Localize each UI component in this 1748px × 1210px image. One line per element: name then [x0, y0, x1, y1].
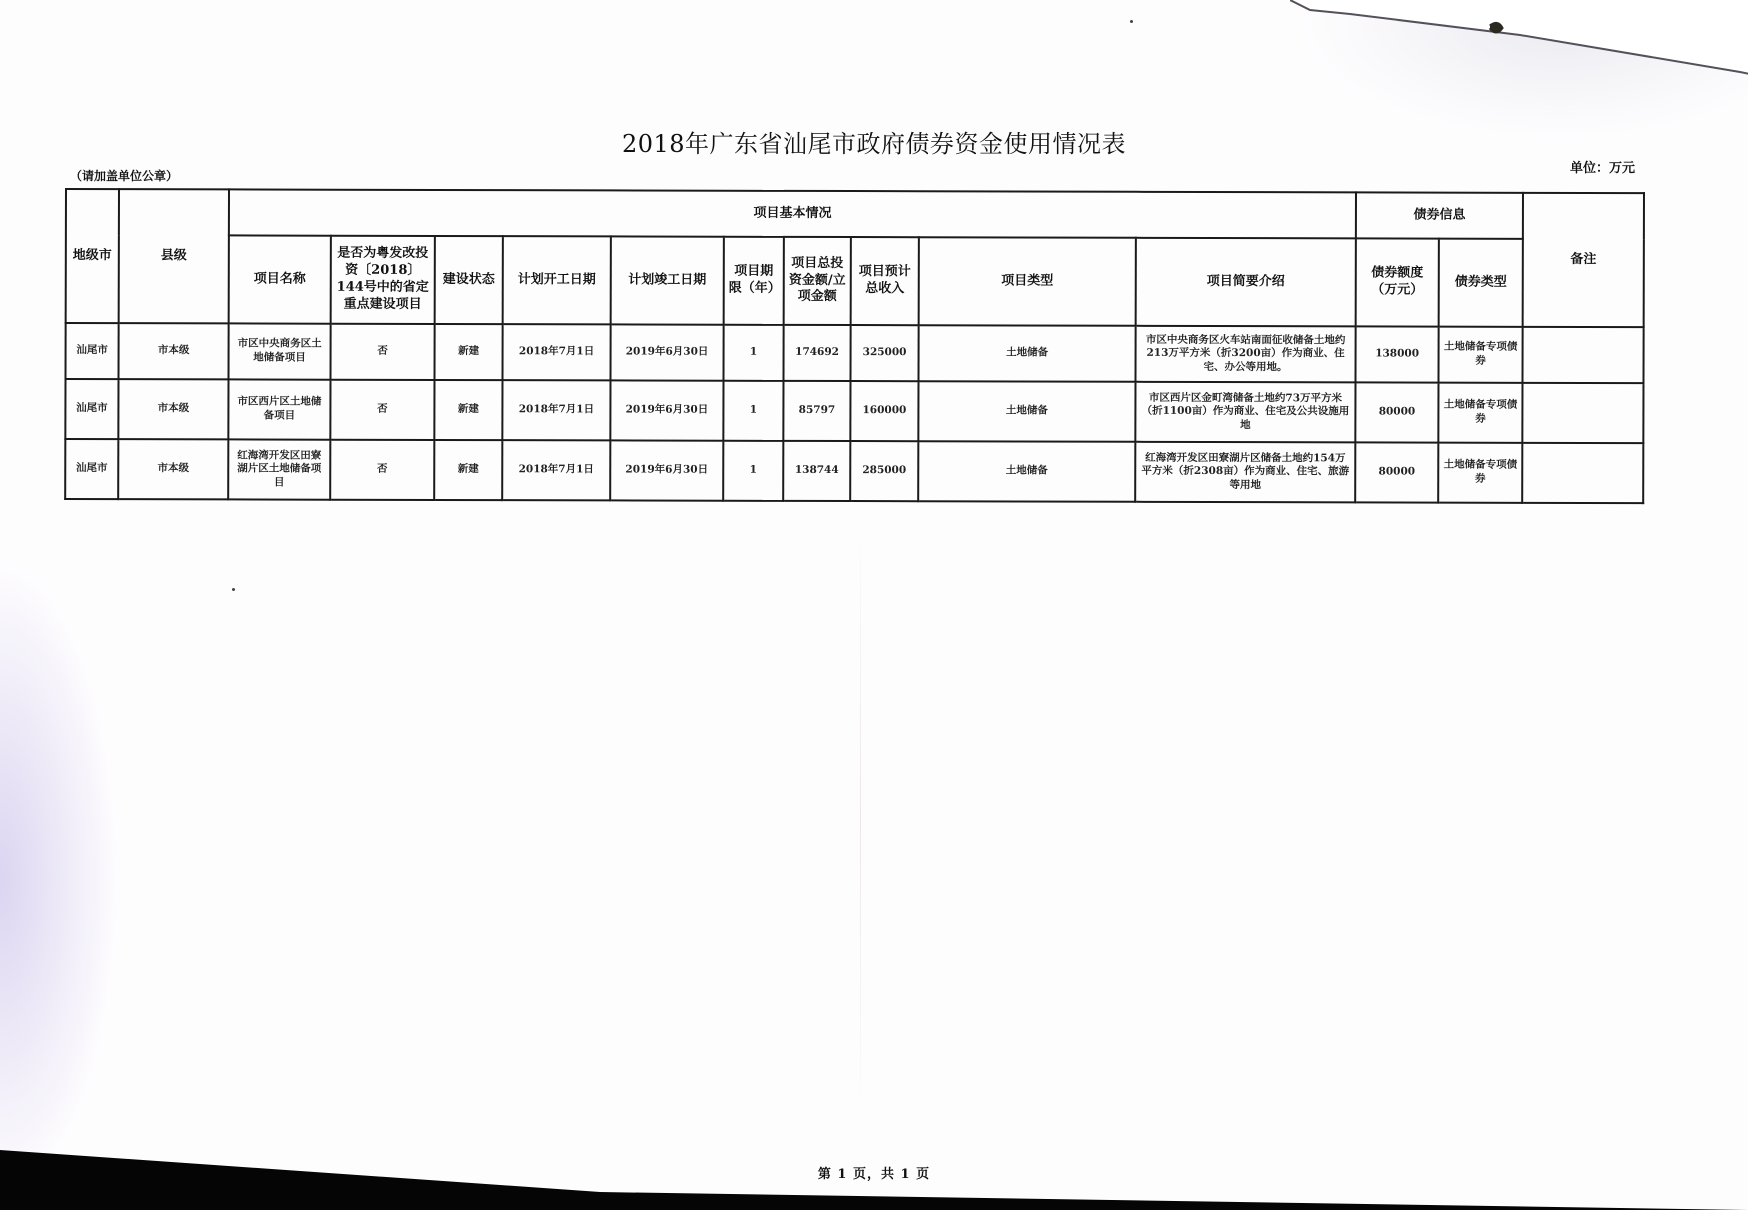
- cell-bond-amount: 80000: [1355, 442, 1438, 502]
- cell-expected-revenue: 325000: [850, 325, 918, 381]
- cell-bond-amount: 138000: [1356, 326, 1439, 382]
- cell-city: 汕尾市: [65, 379, 118, 439]
- paper-fold: [860, 500, 861, 1140]
- header-term: 项目期限（年）: [724, 237, 784, 325]
- bond-usage-table: 地级市 县级 项目基本情况 债券信息 备注 项目名称 是否为粤发改投资〔2018…: [64, 188, 1645, 504]
- cell-start-date: 2018年7月1日: [502, 440, 610, 500]
- cell-term: 1: [723, 441, 783, 501]
- table-row: 汕尾市 市本级 市区西片区土地储备项目 否 新建 2018年7月1日 2019年…: [65, 379, 1643, 443]
- cell-end-date: 2019年6月30日: [610, 380, 723, 440]
- cell-project-type: 土地储备: [918, 441, 1135, 502]
- header-start-date: 计划开工日期: [503, 236, 611, 324]
- header-total-investment: 项目总投资金额/立项金额: [784, 237, 851, 325]
- cell-term: 1: [723, 325, 783, 381]
- cell-bond-type: 土地储备专项债券: [1438, 383, 1522, 443]
- header-is-key-project: 是否为粤发改投资〔2018〕144号中的省定重点建设项目: [331, 236, 435, 324]
- unit-label: 单位：万元: [1570, 157, 1635, 176]
- cell-description: 市区中央商务区火车站南面征收储备土地约213万平方米（折3200亩）作为商业、住…: [1135, 326, 1355, 383]
- cell-remarks: [1522, 443, 1643, 503]
- cell-remarks: [1522, 383, 1643, 443]
- scanned-paper: [0, 0, 1748, 1210]
- page-number: 第 1 页，共 1 页: [0, 1163, 1748, 1182]
- cell-bond-type: 土地储备专项债券: [1439, 327, 1523, 383]
- header-city: 地级市: [66, 189, 119, 323]
- cell-expected-revenue: 160000: [850, 381, 918, 441]
- header-end-date: 计划竣工日期: [611, 236, 724, 324]
- cell-remarks: [1523, 327, 1644, 383]
- header-county: 县级: [119, 189, 229, 323]
- header-project-type: 项目类型: [919, 237, 1136, 326]
- cell-total-investment: 85797: [783, 381, 850, 441]
- cell-status: 新建: [434, 324, 502, 380]
- cell-end-date: 2019年6月30日: [610, 440, 723, 500]
- cell-city: 汕尾市: [65, 323, 118, 379]
- cell-project-name: 市区西片区土地储备项目: [228, 379, 330, 439]
- cell-term: 1: [723, 381, 783, 441]
- page-title: 2018年广东省汕尾市政府债券资金使用情况表: [0, 124, 1748, 159]
- table-row: 汕尾市 市本级 红海湾开发区田寮湖片区土地储备项目 否 新建 2018年7月1日…: [65, 439, 1643, 503]
- cell-status: 新建: [434, 440, 502, 500]
- cell-expected-revenue: 285000: [850, 441, 918, 501]
- speck: [1130, 20, 1133, 23]
- cell-county: 市本级: [118, 439, 228, 499]
- header-expected-revenue: 项目预计总收入: [851, 237, 919, 325]
- cell-is-key-project: 否: [330, 380, 434, 440]
- header-bond-info: 债券信息: [1356, 192, 1523, 238]
- cell-city: 汕尾市: [65, 439, 118, 499]
- cell-project-type: 土地储备: [918, 381, 1135, 442]
- cell-county: 市本级: [118, 323, 228, 379]
- cell-status: 新建: [434, 380, 502, 440]
- header-status: 建设状态: [435, 236, 503, 324]
- cell-bond-amount: 80000: [1355, 382, 1438, 442]
- cell-description: 红海湾开发区田寮湖片区储备土地约154万平方米（折2308亩）作为商业、住宅、旅…: [1135, 442, 1355, 503]
- header-project-basic: 项目基本情况: [229, 189, 1356, 238]
- table-row: 汕尾市 市本级 市区中央商务区土地储备项目 否 新建 2018年7月1日 201…: [65, 323, 1643, 383]
- cell-county: 市本级: [118, 379, 228, 439]
- header-bond-amount: 债券额度（万元）: [1356, 238, 1439, 326]
- header-project-name: 项目名称: [229, 235, 331, 323]
- header-bond-type: 债券类型: [1439, 239, 1523, 327]
- cell-project-type: 土地储备: [918, 325, 1135, 382]
- speck: [232, 588, 235, 591]
- cell-is-key-project: 否: [330, 440, 434, 500]
- header-description: 项目简要介绍: [1136, 238, 1356, 327]
- cell-end-date: 2019年6月30日: [610, 324, 723, 380]
- cell-total-investment: 138744: [783, 441, 850, 501]
- cell-description: 市区西片区金町湾储备土地约73万平方米（折1100亩）作为商业、住宅及公共设施用…: [1135, 382, 1355, 443]
- cell-bond-type: 土地储备专项债券: [1438, 443, 1522, 503]
- cell-project-name: 红海湾开发区田寮湖片区土地储备项目: [228, 439, 330, 499]
- cell-start-date: 2018年7月1日: [502, 324, 610, 380]
- cell-is-key-project: 否: [330, 324, 434, 380]
- cell-start-date: 2018年7月1日: [502, 380, 610, 440]
- cell-project-name: 市区中央商务区土地储备项目: [228, 323, 330, 379]
- stamp-note: （请加盖单位公章）: [70, 167, 178, 184]
- cell-total-investment: 174692: [783, 325, 850, 381]
- header-remarks: 备注: [1523, 193, 1644, 327]
